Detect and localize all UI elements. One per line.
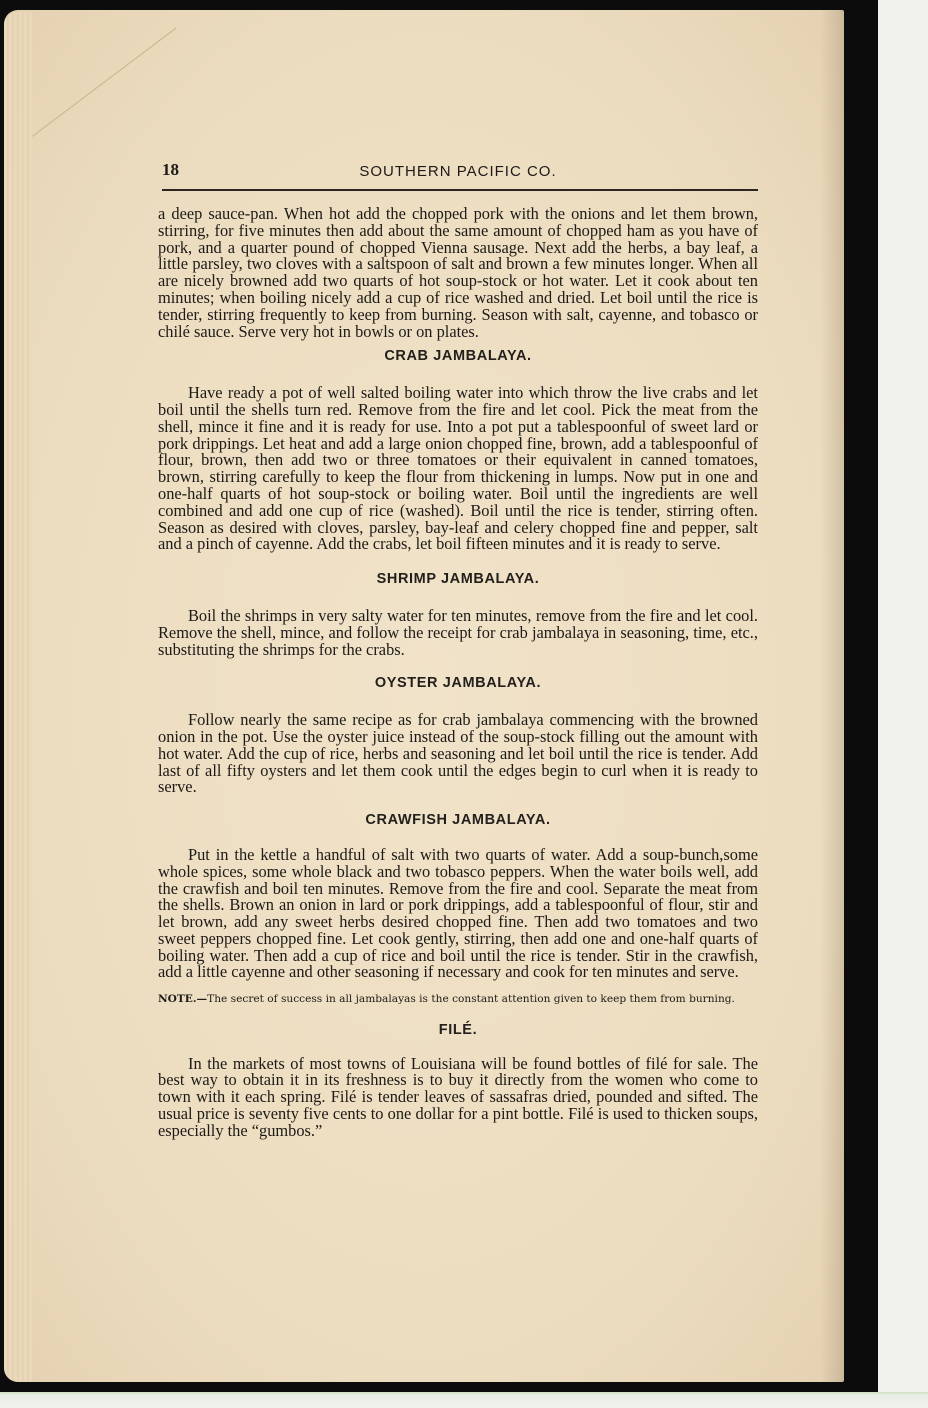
- section-paragraph-file: In the markets of most towns of Louisian…: [158, 1056, 758, 1140]
- section-heading-crab-jambalaya: CRAB JAMBALAYA.: [158, 348, 758, 365]
- note: NOTE.—The secret of success in all jamba…: [158, 993, 758, 1006]
- section-paragraph-oyster-jambalaya: Follow nearly the same recipe as for cra…: [158, 712, 758, 796]
- section-paragraph-crab-jambalaya: Have ready a pot of well salted boiling …: [158, 385, 758, 553]
- section-heading-shrimp-jambalaya: SHRIMP JAMBALAYA.: [158, 571, 758, 588]
- section-paragraph-shrimp-jambalaya: Boil the shrimps in very salty water for…: [158, 608, 758, 658]
- section-heading-file: FILÉ.: [158, 1022, 758, 1039]
- running-title: SOUTHERN PACIFIC CO.: [158, 163, 758, 180]
- body-text: a deep sauce-pan. When hot add the chopp…: [158, 206, 758, 1140]
- text-column: 18 SOUTHERN PACIFIC CO. a deep sauce-pan…: [158, 160, 758, 188]
- section-paragraph-crawfish-jambalaya: Put in the kettle a handful of salt with…: [158, 847, 758, 981]
- page-shadow: [820, 10, 844, 1382]
- header-rule: [162, 189, 758, 191]
- section-heading-crawfish-jambalaya: CRAWFISH JAMBALAYA.: [158, 812, 758, 829]
- note-text: The secret of success in all jambalayas …: [207, 993, 735, 1005]
- note-label: NOTE.—: [158, 993, 207, 1005]
- running-head: 18 SOUTHERN PACIFIC CO.: [158, 160, 758, 188]
- scanner-margin-right: [878, 0, 928, 1408]
- page-edge-stack: [4, 12, 32, 1382]
- section-heading-oyster-jambalaya: OYSTER JAMBALAYA.: [158, 675, 758, 692]
- scanner-margin-bottom: [0, 1392, 928, 1408]
- continuation-paragraph: a deep sauce-pan. When hot add the chopp…: [158, 206, 758, 340]
